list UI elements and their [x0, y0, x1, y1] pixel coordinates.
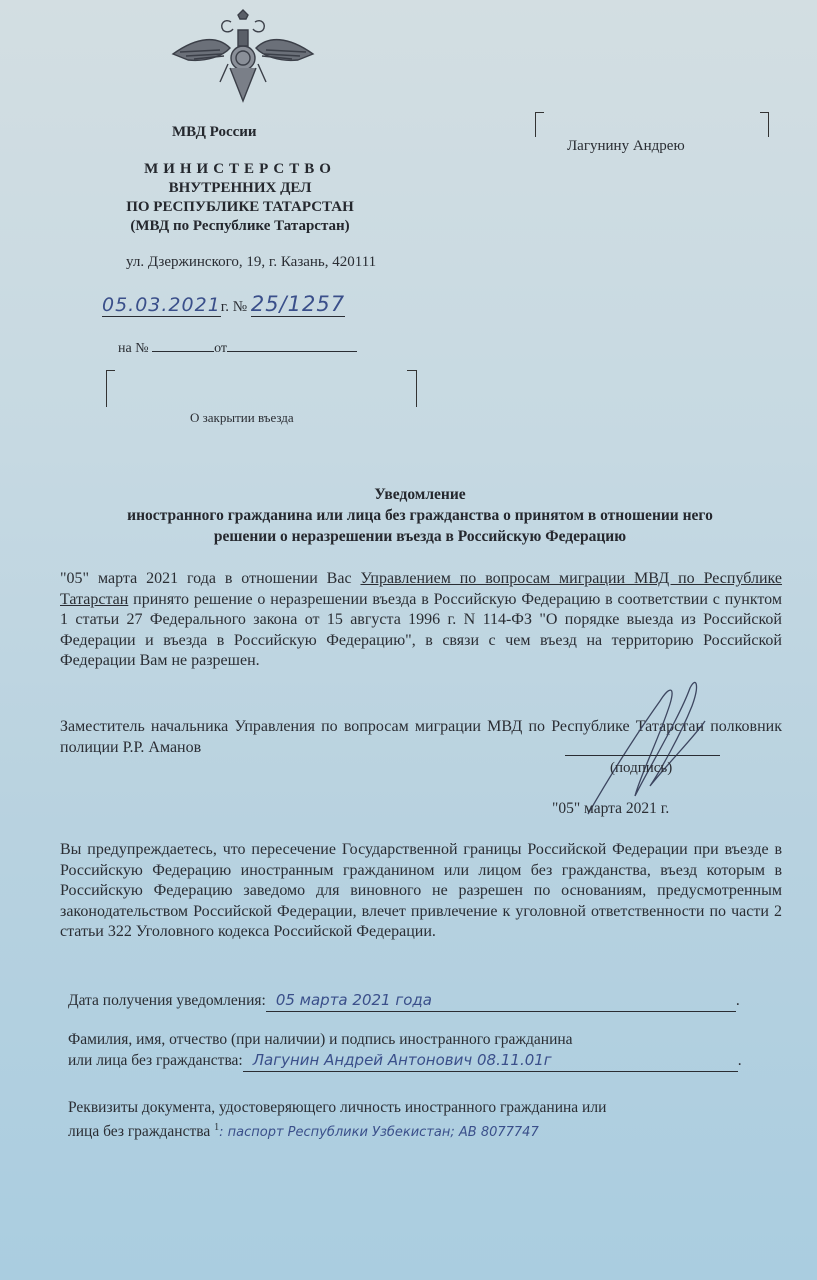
signature-line [565, 755, 720, 756]
reply-date-blank [227, 338, 357, 352]
reply-from-label: от [214, 341, 227, 356]
doc-value: : паспорт Республики Узбекистан; АВ 8077… [219, 1125, 539, 1140]
outgoing-date: 05.03.2021 [102, 294, 221, 317]
number-label: № [233, 299, 247, 315]
notice-title-line-3: решении о неразрешении въезда в Российск… [50, 526, 790, 547]
ministry-line-3: ПО РЕСПУБЛИКЕ ТАТАРСТАН [100, 198, 380, 217]
signature-label: (подпись) [610, 760, 672, 777]
outgoing-number: 25/1257 [251, 292, 345, 317]
subject-bracket-right [407, 370, 417, 407]
notice-title-line-2: иностранного гражданина или лица без гра… [50, 505, 790, 526]
recipient-name: Лагунину Андрею [567, 138, 685, 155]
outgoing-date-number: 05.03.2021г. № 25/1257 [102, 292, 345, 317]
criminal-liability-warning: Вы предупреждаетесь, что пересечение Гос… [60, 840, 782, 943]
name-label-line-2: или лица без гражданства: [68, 1052, 243, 1069]
notice-title-line-1: Уведомление [50, 484, 790, 505]
name-signature-field: Фамилия, имя, отчество (при наличии) и п… [68, 1030, 742, 1072]
reply-number-blank [152, 338, 214, 352]
name-label-line-1: Фамилия, имя, отчество (при наличии) и п… [68, 1030, 742, 1050]
receipt-date-field: Дата получения уведомления:05 марта 2021… [68, 990, 740, 1012]
reply-reference: на № от [118, 338, 357, 357]
date-suffix: г. [221, 299, 229, 315]
doc-label-line-1: Реквизиты документа, удостоверяющего лич… [68, 1098, 606, 1118]
org-short-name: МВД России [172, 124, 257, 141]
decision-paragraph: "05" марта 2021 года в отношении Вас Упр… [60, 569, 782, 672]
notice-title: Уведомление иностранного гражданина или … [50, 484, 790, 547]
subject-line: О закрытии въезда [190, 410, 294, 426]
reply-to-label: на № [118, 341, 149, 356]
ministry-line-4: (МВД по Республике Татарстан) [100, 217, 380, 236]
official-signature-icon [580, 676, 730, 816]
receipt-date-value: 05 марта 2021 года [266, 991, 432, 1009]
recipient-bracket-right [760, 112, 769, 137]
name-value: Лагунин Андрей Антонович 08.11.01г [243, 1051, 552, 1069]
decision-date-text: "05" марта 2021 года в отношении Вас [60, 570, 360, 587]
recipient-bracket-left [535, 112, 544, 137]
ministry-line-1: МИНИСТЕРСТВО [100, 160, 380, 179]
subject-bracket-left [106, 370, 115, 407]
period: . [736, 992, 740, 1009]
decision-text: принято решение о неразрешении въезда в … [60, 591, 782, 670]
period: . [738, 1052, 742, 1069]
mvd-emblem-icon [168, 6, 318, 104]
receipt-date-label: Дата получения уведомления: [68, 992, 266, 1009]
ministry-address: ул. Дзержинского, 19, г. Казань, 420111 [126, 254, 376, 271]
ministry-header: МИНИСТЕРСТВО ВНУТРЕННИХ ДЕЛ ПО РЕСПУБЛИК… [100, 160, 380, 236]
signature-date: "05" марта 2021 г. [552, 800, 669, 818]
identity-document-field: Реквизиты документа, удостоверяющего лич… [68, 1098, 606, 1143]
doc-label-line-2: лица без гражданства [68, 1123, 210, 1140]
ministry-line-2: ВНУТРЕННИХ ДЕЛ [100, 179, 380, 198]
